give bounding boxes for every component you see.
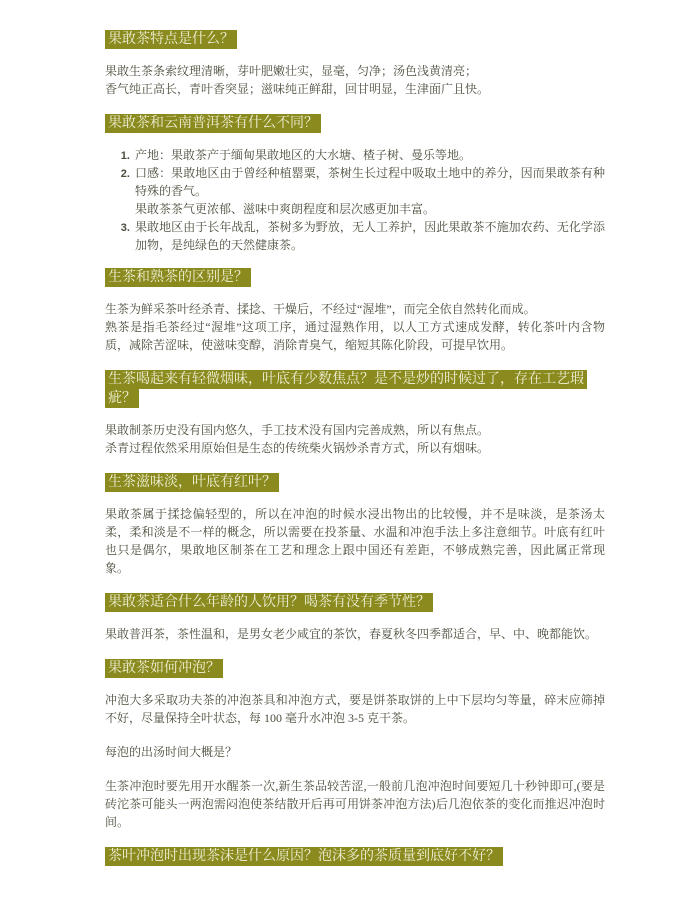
section-heading: 生茶滋味淡，叶底有红叶？ (105, 473, 279, 492)
section-heading: 果敢茶适合什么年龄的人饮用？喝茶有没有季节性？ (105, 593, 433, 612)
section-heading: 果敢茶如何冲泡？ (105, 659, 223, 678)
tea-faq-document: 果敢茶特点是什么？果敢生茶条索纹理清晰，芽叶肥嫩壮实，显毫，匀净；汤色浅黄清亮；… (0, 0, 700, 900)
list-item: 产地：果敢茶产于缅甸果敢地区的大水塘、楂子树、曼乐等地。 (133, 146, 605, 164)
numbered-list: 产地：果敢茶产于缅甸果敢地区的大水塘、楂子树、曼乐等地。口感：果敢地区由于曾经种… (105, 146, 605, 254)
faq-section: 果敢茶适合什么年龄的人饮用？喝茶有没有季节性？果敢普洱茶，茶性温和，是男女老少咸… (105, 593, 605, 643)
section-heading: 茶叶冲泡时出现茶沫是什么原因？泡沫多的茶质量到底好不好？ (105, 847, 503, 866)
list-item: 果敢地区由于长年战乱，茶树多为野放，无人工养护，因此果敢茶不施加农药、无化学添加… (133, 218, 605, 254)
faq-section: 生茶喝起来有轻微烟味，叶底有少数焦点？是不是炒的时候过了，存在工艺瑕疵？果敢制茶… (105, 370, 605, 457)
paragraph: 生茶冲泡时要先用开水醒茶一次,新生茶品较苦涩,一般前几泡冲泡时间要短几十秒钟即可… (105, 777, 605, 831)
section-heading: 果敢茶特点是什么？ (105, 30, 237, 49)
section-heading-row: 果敢茶如何冲泡？ (105, 659, 605, 678)
section-heading-row: 生茶喝起来有轻微烟味，叶底有少数焦点？是不是炒的时候过了，存在工艺瑕疵？ (105, 370, 605, 408)
section-heading: 生茶和熟茶的区别是？ (105, 268, 251, 287)
section-heading-row: 果敢茶特点是什么？ (105, 30, 605, 49)
paragraph: 果敢制茶历史没有国内悠久，手工技术没有国内完善成熟，所以有焦点。 杀青过程依然采… (105, 421, 605, 457)
faq-section: 茶叶冲泡时出现茶沫是什么原因？泡沫多的茶质量到底好不好？ (105, 847, 605, 866)
section-heading-row: 生茶和熟茶的区别是？ (105, 268, 605, 287)
faq-section: 果敢茶和云南普洱茶有什么不同？产地：果敢茶产于缅甸果敢地区的大水塘、楂子树、曼乐… (105, 114, 605, 254)
faq-section: 果敢茶特点是什么？果敢生茶条索纹理清晰，芽叶肥嫩壮实，显毫，匀净；汤色浅黄清亮；… (105, 30, 605, 98)
list-item: 口感：果敢地区由于曾经种植罂粟，茶树生长过程中吸取土地中的养分，因而果敢茶有种特… (133, 164, 605, 218)
faq-section: 生茶和熟茶的区别是？生茶为鲜采茶叶经杀青、揉捻、干燥后，不经过“渥堆”，而完全依… (105, 268, 605, 354)
faq-section: 生茶滋味淡，叶底有红叶？果敢茶属于揉捻偏轻型的，所以在冲泡的时候水浸出物出的比较… (105, 473, 605, 577)
paragraph: 每泡的出汤时间大概是？ (105, 743, 605, 761)
section-heading-row: 果敢茶和云南普洱茶有什么不同？ (105, 114, 605, 133)
section-heading-row: 茶叶冲泡时出现茶沫是什么原因？泡沫多的茶质量到底好不好？ (105, 847, 605, 866)
section-heading: 生茶喝起来有轻微烟味，叶底有少数焦点？是不是炒的时候过了，存在工艺瑕疵？ (105, 370, 587, 408)
faq-section: 果敢茶如何冲泡？冲泡大多采取功夫茶的冲泡茶具和冲泡方式，要是饼茶取饼的上中下层均… (105, 659, 605, 831)
paragraph: 生茶为鲜采茶叶经杀青、揉捻、干燥后，不经过“渥堆”，而完全依自然转化而成。 熟茶… (105, 300, 605, 354)
paragraph: 冲泡大多采取功夫茶的冲泡茶具和冲泡方式，要是饼茶取饼的上中下层均匀等量，碎末应筛… (105, 691, 605, 727)
paragraph: 果敢生茶条索纹理清晰，芽叶肥嫩壮实，显毫，匀净；汤色浅黄清亮； 香气纯正高长，青… (105, 62, 605, 98)
section-heading-row: 生茶滋味淡，叶底有红叶？ (105, 473, 605, 492)
paragraph: 果敢茶属于揉捻偏轻型的，所以在冲泡的时候水浸出物出的比较慢，并不是味淡，是茶汤太… (105, 505, 605, 577)
paragraph: 果敢普洱茶，茶性温和，是男女老少咸宜的茶饮，春夏秋冬四季都适合，早、中、晚都能饮… (105, 625, 605, 643)
section-heading-row: 果敢茶适合什么年龄的人饮用？喝茶有没有季节性？ (105, 593, 605, 612)
document-page: { "page": { "background": "#ffffff", "la… (0, 0, 700, 900)
section-heading: 果敢茶和云南普洱茶有什么不同？ (105, 114, 321, 133)
